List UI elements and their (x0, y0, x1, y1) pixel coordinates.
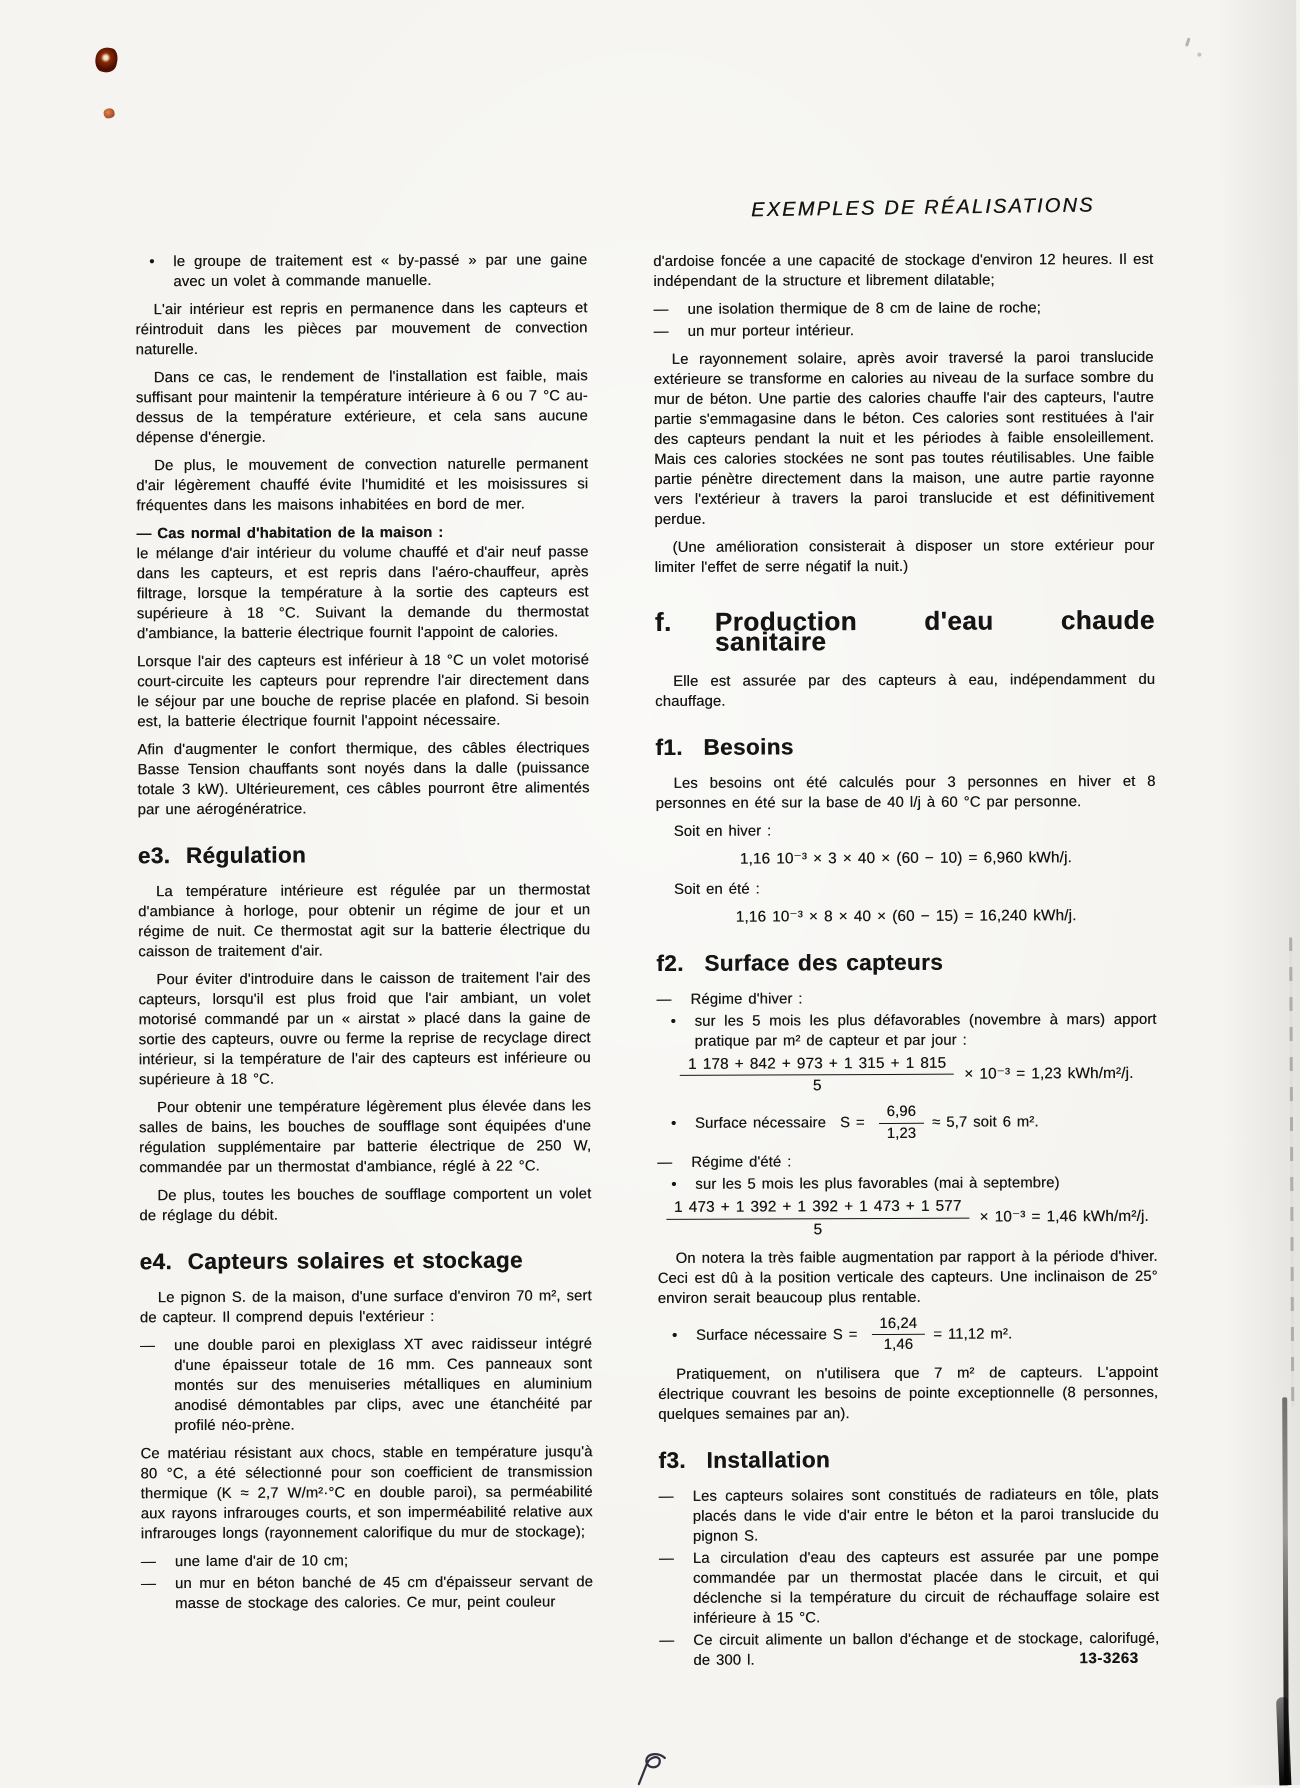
section-title: Installation (706, 1450, 830, 1471)
bullet-icon: • (669, 1012, 695, 1052)
dash-icon: — (656, 990, 690, 1010)
fraction: 16,24 1,46 (871, 1315, 925, 1353)
fraction-denominator: 5 (666, 1218, 970, 1238)
section-heading-e4: e4. Capteurs solaires et stockage (140, 1250, 592, 1272)
paragraph: Pratiquement, on n'utilisera que 7 m² de… (658, 1363, 1158, 1425)
fraction-numerator: 1 178 + 842 + 973 + 1 315 + 1 815 (680, 1055, 954, 1076)
list-item-text: Régime d'été : (691, 1151, 1157, 1173)
surface-equals: S = (840, 1113, 865, 1133)
fraction-denominator: 1,23 (879, 1124, 924, 1143)
formula-rhs: = 11,12 m². (933, 1324, 1012, 1344)
list-item-text: une double paroi en plexiglass XT avec r… (174, 1334, 592, 1436)
list-item: — une double paroi en plexiglass XT avec… (140, 1334, 592, 1436)
bullet-icon: • (147, 252, 173, 292)
section-heading-f: f. Production d'eau chaude sanitaire (655, 610, 1155, 652)
paragraph: Afin d'augmenter le confort thermique, d… (137, 738, 589, 820)
bullet-icon: • (669, 1114, 695, 1134)
fraction-numerator: 6,96 (879, 1104, 924, 1124)
list-item-text: Les capteurs solaires sont constitués de… (693, 1485, 1159, 1547)
scan-streak-faint (1289, 937, 1294, 1407)
section-number: f2. (656, 954, 704, 974)
list-item-text: sur les 5 mois les plus défavorables (no… (695, 1010, 1157, 1052)
running-header: EXEMPLES DE RÉALISATIONS (751, 194, 1095, 222)
section-heading-f2: f2. Surface des capteurs (656, 952, 1156, 974)
section-title: Production d'eau chaude sanitaire (715, 610, 1155, 652)
scan-streak-blob (1276, 1697, 1291, 1785)
formula-rhs: ≈ 5,7 soit 6 m². (932, 1113, 1039, 1133)
handwritten-mark (634, 1752, 674, 1788)
formula-winter-need: 1,16 10⁻³ × 3 × 40 × (60 − 10) = 6,960 k… (656, 848, 1156, 870)
formula-surface-summer: • Surface nécessaire S = 16,24 1,46 = 11… (670, 1314, 1158, 1354)
scanned-page: EXEMPLES DE RÉALISATIONS • le groupe de … (0, 0, 1300, 1788)
dash-icon: — (140, 1336, 174, 1436)
fraction: 1 473 + 1 392 + 1 392 + 1 473 + 1 577 5 (666, 1198, 970, 1239)
fraction: 1 178 + 842 + 973 + 1 315 + 1 815 5 (680, 1055, 954, 1095)
paragraph: Le pignon S. de la maison, d'une surface… (140, 1286, 592, 1328)
list-item-text: un mur en béton banché de 45 cm d'épaiss… (175, 1572, 593, 1614)
list-item: — un mur en béton banché de 45 cm d'épai… (141, 1572, 593, 1614)
section-title: Surface des capteurs (704, 953, 943, 974)
list-item-text: le groupe de traitement est « by-passé »… (173, 250, 587, 292)
paragraph: Lorsque l'air des capteurs est inférieur… (137, 650, 589, 732)
paragraph: On notera la très faible augmentation pa… (658, 1246, 1158, 1308)
paragraph: Ce matériau résistant aux chocs, stable … (140, 1442, 592, 1544)
surface-label: Surface nécessaire S = (696, 1325, 858, 1346)
dash-icon: — (659, 1549, 693, 1629)
section-number: f1. (655, 738, 703, 758)
bullet-icon: • (670, 1325, 696, 1345)
list-item: • sur les 5 mois les plus favorables (ma… (669, 1173, 1157, 1195)
formula-rhs: × 10⁻³ = 1,23 kWh/m²/j. (964, 1064, 1133, 1085)
paragraph: Les besoins ont été calculés pour 3 pers… (655, 772, 1155, 814)
section-title: Régulation (186, 846, 306, 867)
paragraph: La température intérieure est régulée pa… (138, 880, 590, 962)
scan-speck (1185, 37, 1191, 46)
paragraph: Soit en été : (656, 878, 1156, 900)
subheading-cas-normal: — Cas normal d'habitation de la maison : (136, 522, 588, 544)
paragraph: Pour éviter d'introduire dans le caisson… (138, 968, 591, 1090)
paragraph: De plus, toutes les bouches de soufflage… (139, 1184, 591, 1226)
fraction-numerator: 1 473 + 1 392 + 1 392 + 1 473 + 1 577 (666, 1198, 970, 1219)
dash-icon: — (657, 1153, 691, 1173)
bullet-icon: • (669, 1175, 695, 1195)
list-item: — Régime d'été : (657, 1151, 1157, 1173)
formula-rhs: × 10⁻³ = 1,46 kWh/m²/j. (979, 1207, 1148, 1228)
list-item: — Les capteurs solaires sont constitués … (659, 1485, 1159, 1547)
paragraph: Elle est assurée par des capteurs à eau,… (655, 670, 1155, 712)
list-item-text: une isolation thermique de 8 cm de laine… (687, 298, 1153, 320)
paragraph: Soit en hiver : (656, 820, 1156, 842)
section-heading-f3: f3. Installation (658, 1449, 1158, 1471)
fraction-denominator: 5 (680, 1075, 954, 1095)
section-heading-f1: f1. Besoins (655, 736, 1155, 758)
list-item-text: un mur porteur intérieur. (688, 320, 1154, 342)
dash-icon: — (659, 1487, 693, 1547)
section-heading-e3: e3. Régulation (138, 844, 590, 866)
formula-surface-winter: • Surface nécessaire S = 6,96 1,23 ≈ 5,7… (669, 1103, 1157, 1143)
paragraph: Le rayonnement solaire, après avoir trav… (654, 348, 1155, 530)
left-column: • le groupe de traitement est « by-passé… (135, 250, 593, 1622)
paragraph: L'air intérieur est repris en permanence… (135, 298, 587, 360)
paragraph: Dans ce cas, le rendement de l'installat… (136, 366, 588, 448)
list-item: — un mur porteur intérieur. (654, 320, 1154, 342)
scan-speck (1197, 53, 1201, 57)
list-item: — une isolation thermique de 8 cm de lai… (653, 298, 1153, 320)
list-item-text: Régime d'hiver : (690, 988, 1156, 1010)
list-item: — La circulation d'eau des capteurs est … (659, 1547, 1159, 1629)
paragraph: le mélange d'air intérieur du volume cha… (136, 542, 588, 644)
list-item-text: sur les 5 mois les plus favorables (mai … (695, 1173, 1157, 1195)
section-number: f3. (658, 1451, 706, 1471)
paragraph: De plus, le mouvement de convection natu… (136, 454, 588, 516)
list-item: • sur les 5 mois les plus défavorables (… (669, 1010, 1157, 1052)
fraction-numerator: 16,24 (871, 1315, 925, 1335)
page-number: 13-3263 (1079, 1650, 1138, 1667)
fraction: 6,96 1,23 (879, 1104, 925, 1142)
list-item: • le groupe de traitement est « by-passé… (147, 250, 587, 292)
section-title: Besoins (703, 737, 793, 757)
dash-icon: — (141, 1552, 175, 1572)
formula-summer-need: 1,16 10⁻³ × 8 × 40 × (60 − 15) = 16,240 … (656, 906, 1156, 928)
paragraph: Pour obtenir une température légèrement … (139, 1096, 591, 1178)
dash-icon: — (141, 1574, 175, 1614)
fraction-denominator: 1,46 (871, 1335, 925, 1354)
list-item: — une lame d'air de 10 cm; (141, 1550, 593, 1572)
ink-stain-small (104, 108, 115, 118)
formula-winter-average: 1 178 + 842 + 973 + 1 315 + 1 815 5 × 10… (657, 1054, 1157, 1095)
surface-label: Surface nécessaire (695, 1114, 826, 1135)
dash-icon: — (653, 300, 687, 320)
list-item: — Régime d'hiver : (656, 988, 1156, 1010)
paragraph: (Une amélioration consisterait à dispose… (654, 536, 1154, 578)
paragraph: d'ardoise foncée a une capacité de stock… (653, 250, 1153, 292)
section-title: Capteurs solaires et stockage (188, 1251, 523, 1272)
dash-icon: — (654, 322, 688, 342)
section-number: e3. (138, 846, 186, 866)
section-number: e4. (140, 1252, 188, 1272)
section-number: f. (655, 612, 715, 652)
right-column: d'ardoise foncée a une capacité de stock… (653, 250, 1159, 1679)
dash-icon: — (659, 1631, 693, 1671)
list-item-text: La circulation d'eau des capteurs est as… (693, 1547, 1159, 1629)
formula-summer-average: 1 473 + 1 392 + 1 392 + 1 473 + 1 577 5 … (657, 1197, 1157, 1238)
ink-stain-large (93, 45, 120, 75)
list-item-text: une lame d'air de 10 cm; (175, 1550, 593, 1572)
